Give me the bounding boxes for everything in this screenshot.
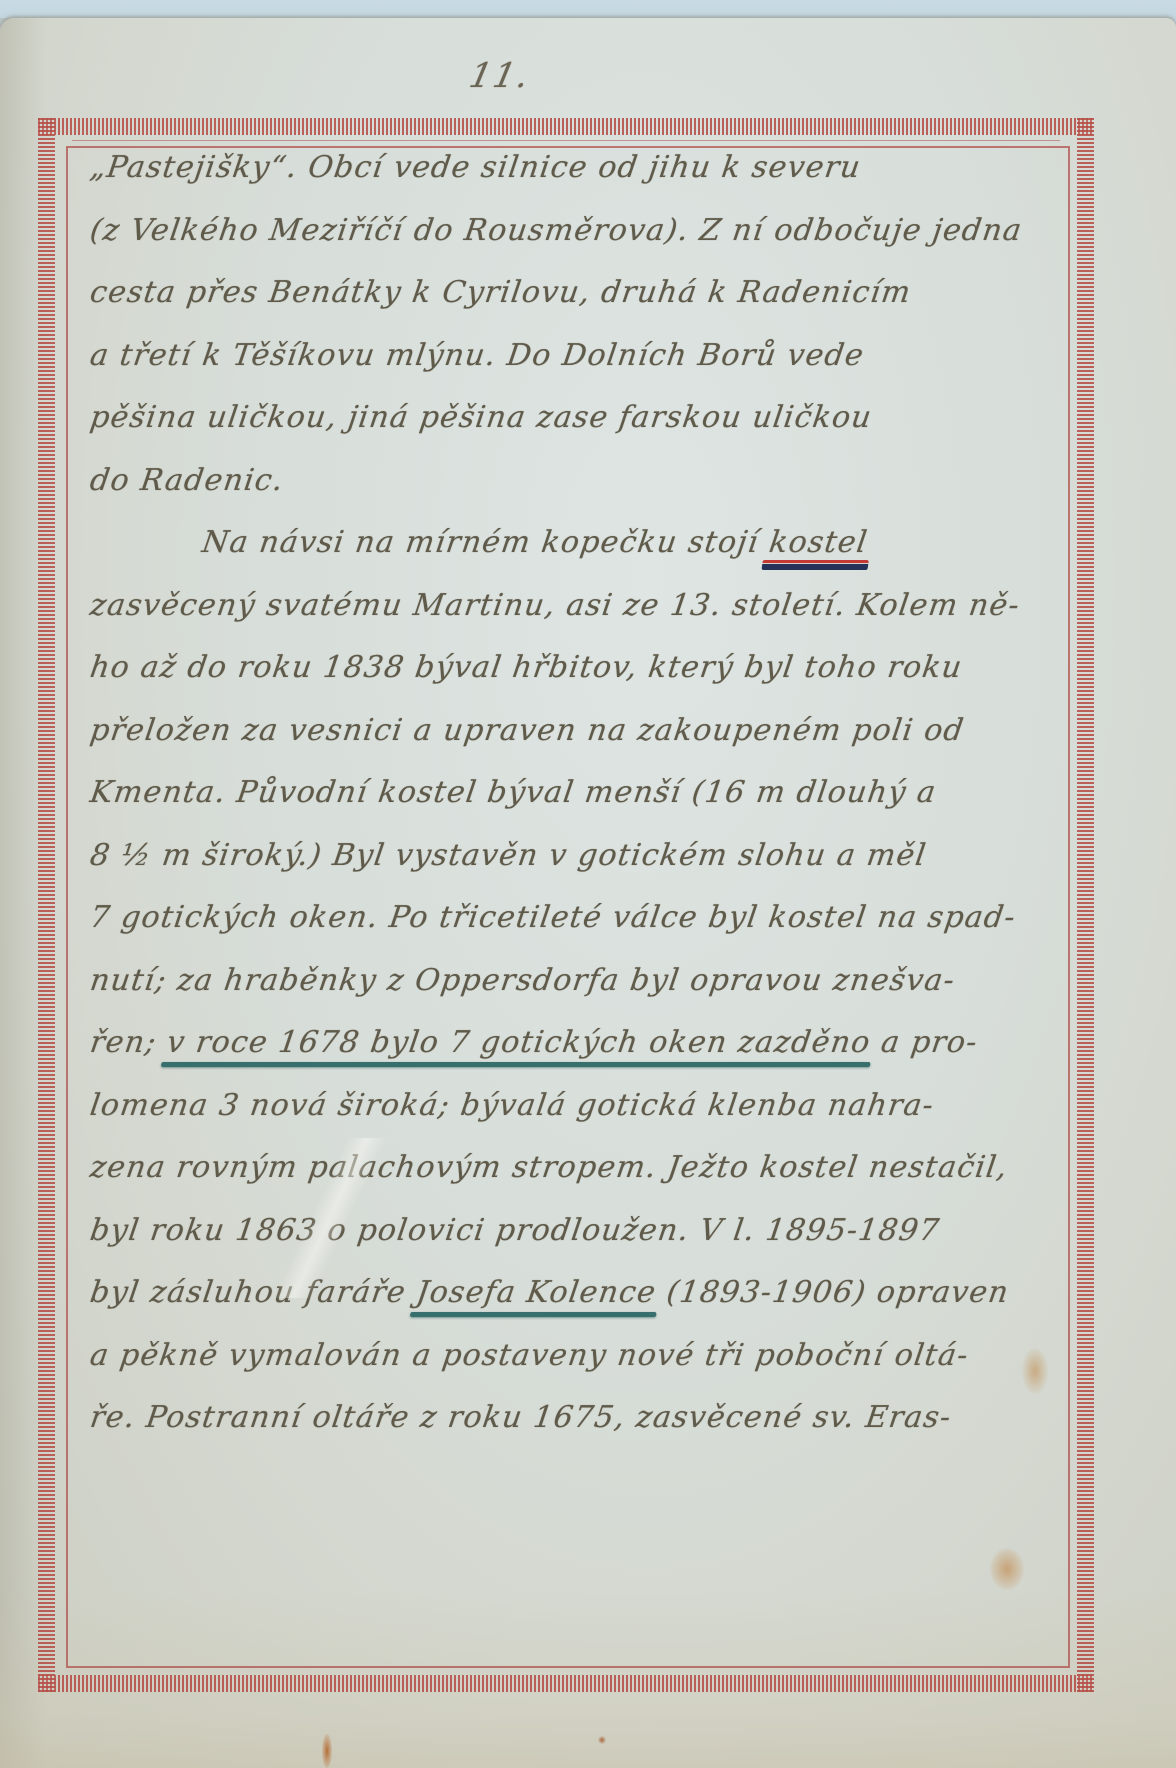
text-segment: a pro- [868, 1025, 980, 1060]
text-segment: „Pastejišky“. Obcí vede silnice od jihu … [88, 150, 863, 185]
text-line: a pěkně vymalován a postaveny nové tři p… [84, 1338, 1071, 1401]
text-line: pěšina uličkou, jiná pěšina zase farskou… [84, 400, 1071, 463]
text-segment: byl roku 1863 o polovici prodloužen. V l… [88, 1213, 942, 1248]
text-segment: nutí; za hraběnky z Oppersdorfa byl opra… [88, 963, 958, 998]
page-number: 11. [0, 56, 1004, 96]
text-line: (z Velkého Meziříčí do Rousměrova). Z ní… [84, 213, 1071, 276]
text-segment: Na návsi na mírném kopečku stojí [200, 525, 772, 560]
text-line: byl roku 1863 o polovici prodloužen. V l… [84, 1213, 1071, 1276]
text-segment: a třetí k Těšíkovu mlýnu. Do Dolních Bor… [88, 338, 867, 373]
ornamental-border-top [38, 118, 1094, 135]
ornamental-border-bottom [38, 1675, 1094, 1692]
text-segment: (z Velkého Meziříčí do Rousměrova). Z ní… [88, 213, 1025, 248]
text-line: ho až do roku 1838 býval hřbitov, který … [84, 650, 1071, 713]
text-line: zena rovným palachovým stropem. Ježto ko… [84, 1150, 1071, 1213]
text-segment: do Radenic. [88, 463, 286, 498]
text-segment: zasvěcený svatému Martinu, asi ze 13. st… [88, 588, 1022, 623]
text-line: řen; v roce 1678 bylo 7 gotických oken z… [84, 1025, 1071, 1088]
text-line: Na návsi na mírném kopečku stojí kostel [84, 525, 1071, 588]
text-line: ře. Postranní oltáře z roku 1675, zasvěc… [84, 1400, 1071, 1463]
text-segment: ře. Postranní oltáře z roku 1675, zasvěc… [88, 1400, 954, 1435]
text-segment: řen; [88, 1025, 170, 1060]
text-line: cesta přes Benátky k Cyrilovu, druhá k R… [84, 275, 1071, 338]
underlined-text: Josefa Kolence [414, 1275, 658, 1310]
ornamental-border-right [1077, 118, 1094, 1692]
inner-red-rule-extra [72, 140, 1060, 141]
text-segment: přeložen za vesnici a upraven na zakoupe… [88, 713, 967, 748]
text-line: byl zásluhou faráře Josefa Kolence (1893… [84, 1275, 1071, 1338]
text-segment: cesta přes Benátky k Cyrilovu, druhá k R… [88, 275, 914, 310]
text-line: přeložen za vesnici a upraven na zakoupe… [84, 713, 1071, 776]
text-line: 7 gotických oken. Po třicetileté válce b… [84, 900, 1071, 963]
text-line: zasvěcený svatému Martinu, asi ze 13. st… [84, 588, 1071, 651]
text-line: „Pastejišky“. Obcí vede silnice od jihu … [84, 150, 1071, 213]
text-segment: zena rovným palachovým stropem. Ježto ko… [88, 1150, 1010, 1185]
text-segment: pěšina uličkou, jiná pěšina zase farskou… [88, 400, 875, 435]
paper-stain [598, 1736, 606, 1744]
text-segment: a pěkně vymalován a postaveny nové tři p… [88, 1338, 971, 1373]
text-segment: lomena 3 nová široká; bývalá gotická kle… [88, 1088, 937, 1123]
text-segment: Kmenta. Původní kostel býval menší (16 m… [88, 775, 939, 810]
underlined-text: kostel [767, 525, 870, 560]
text-line: Kmenta. Původní kostel býval menší (16 m… [84, 775, 1071, 838]
text-line: a třetí k Těšíkovu mlýnu. Do Dolních Bor… [84, 338, 1071, 401]
text-line: lomena 3 nová široká; bývalá gotická kle… [84, 1088, 1071, 1151]
text-line: nutí; za hraběnky z Oppersdorfa byl opra… [84, 963, 1071, 1026]
text-segment: (1893-1906) opraven [654, 1275, 1012, 1310]
underlined-text: v roce 1678 bylo 7 gotických oken zazděn… [165, 1025, 873, 1060]
text-segment: 7 gotických oken. Po třicetileté válce b… [88, 900, 1018, 935]
text-segment: ho až do roku 1838 býval hřbitov, který … [88, 650, 965, 685]
text-segment: byl zásluhou faráře [88, 1275, 419, 1310]
manuscript-text: „Pastejišky“. Obcí vede silnice od jihu … [84, 150, 1062, 1463]
ornamental-border-left [38, 118, 55, 1692]
text-line: do Radenic. [84, 463, 1071, 526]
chronicle-page: 11. „Pastejišky“. Obcí vede silnice od j… [0, 18, 1176, 1768]
text-segment: 8 ½ m široký.) Byl vystavěn v gotickém s… [88, 838, 929, 873]
text-line: 8 ½ m široký.) Byl vystavěn v gotickém s… [84, 838, 1071, 901]
paper-stain [322, 1734, 332, 1768]
